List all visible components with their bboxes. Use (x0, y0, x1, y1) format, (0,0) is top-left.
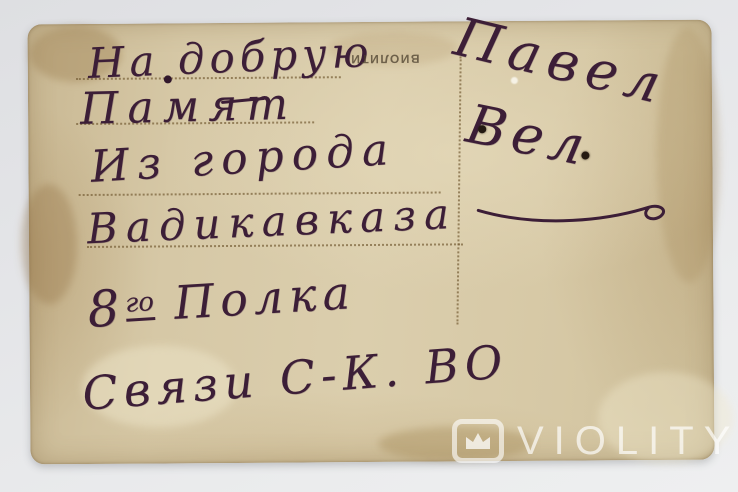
message-line-3: Из города (89, 128, 397, 190)
message-line-4: Вадикавказа (86, 193, 458, 250)
photo-backdrop: На добрую Памят Из города Вадикавказа 8 … (0, 0, 738, 492)
paper-speck (511, 77, 518, 84)
postcard-divider-line (456, 56, 461, 324)
message-line-2: Памят (80, 83, 298, 132)
stain (21, 184, 78, 304)
message-line-5: 8 го Полка (86, 269, 357, 335)
watermark-text: VIOLITY (517, 418, 738, 464)
signature-line-2: Вел (462, 97, 594, 175)
violity-watermark: VIOLITY (452, 418, 738, 464)
ordinal-suffix: го (124, 289, 155, 322)
regiment-number: 8 (86, 283, 121, 335)
message-line-6: Связи С-К. ВО (81, 338, 510, 417)
signature-flourish (475, 178, 688, 242)
punch-hole (478, 125, 486, 133)
upside-down-stamp: ВИОЛИТИ (350, 52, 420, 66)
regiment-word: Полка (173, 269, 357, 326)
punch-hole (581, 151, 589, 159)
message-line-1: На добрую (87, 31, 374, 85)
crown-icon (452, 419, 504, 463)
postcard: На добрую Памят Из города Вадикавказа 8 … (27, 20, 714, 465)
